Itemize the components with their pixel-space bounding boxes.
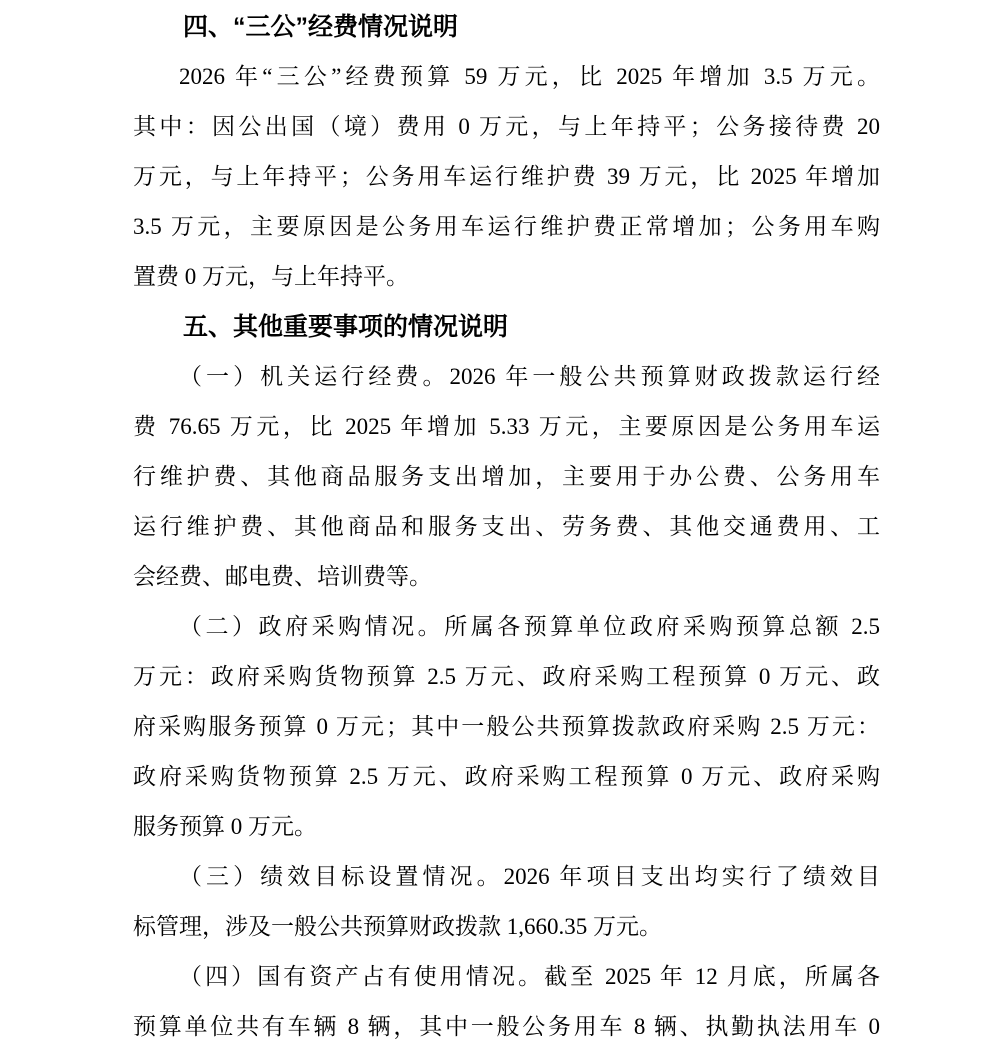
body-text-line: 费 76.65 万元，比 2025 年增加 5.33 万元，主要原因是公务用车运 <box>133 402 880 452</box>
body-text-line: （二）政府采购情况。所属各预算单位政府采购预算总额 2.5 <box>133 602 880 652</box>
body-text-line: 置费 0 万元，与上年持平。 <box>133 252 880 302</box>
body-text-line: 3.5 万元，主要原因是公务用车运行维护费正常增加；公务用车购 <box>133 202 880 252</box>
body-text-line: （四）国有资产占有使用情况。截至 2025 年 12 月底，所属各 <box>133 952 880 1002</box>
section-heading: 五、其他重要事项的情况说明 <box>133 302 880 352</box>
body-text-line: 标管理，涉及一般公共预算财政拨款 1,660.35 万元。 <box>133 902 880 952</box>
body-text-line: （三）绩效目标设置情况。2026 年项目支出均实行了绩效目 <box>133 852 880 902</box>
document-body: 四、“三公”经费情况说明2026 年“三公”经费预算 59 万元，比 2025 … <box>133 2 880 1052</box>
body-text-line: 预算单位共有车辆 8 辆，其中一般公务用车 8 辆、执勤执法用车 0 <box>133 1002 880 1052</box>
body-text-line: 政府采购货物预算 2.5 万元、政府采购工程预算 0 万元、政府采购 <box>133 752 880 802</box>
body-text-line: 万元：政府采购货物预算 2.5 万元、政府采购工程预算 0 万元、政 <box>133 652 880 702</box>
body-text-line: 2026 年“三公”经费预算 59 万元，比 2025 年增加 3.5 万元。 <box>133 52 880 102</box>
body-text-line: 会经费、邮电费、培训费等。 <box>133 552 880 602</box>
body-text-line: （一）机关运行经费。2026 年一般公共预算财政拨款运行经 <box>133 352 880 402</box>
body-text-line: 服务预算 0 万元。 <box>133 802 880 852</box>
body-text-line: 行维护费、其他商品服务支出增加，主要用于办公费、公务用车 <box>133 452 880 502</box>
body-text-line: 府采购服务预算 0 万元；其中一般公共预算拨款政府采购 2.5 万元： <box>133 702 880 752</box>
body-text-line: 其中：因公出国（境）费用 0 万元，与上年持平；公务接待费 20 <box>133 102 880 152</box>
body-text-line: 运行维护费、其他商品和服务支出、劳务费、其他交通费用、工 <box>133 502 880 552</box>
document-page: 四、“三公”经费情况说明2026 年“三公”经费预算 59 万元，比 2025 … <box>0 0 1000 1053</box>
body-text-line: 万元，与上年持平；公务用车运行维护费 39 万元，比 2025 年增加 <box>133 152 880 202</box>
section-heading: 四、“三公”经费情况说明 <box>133 2 880 52</box>
